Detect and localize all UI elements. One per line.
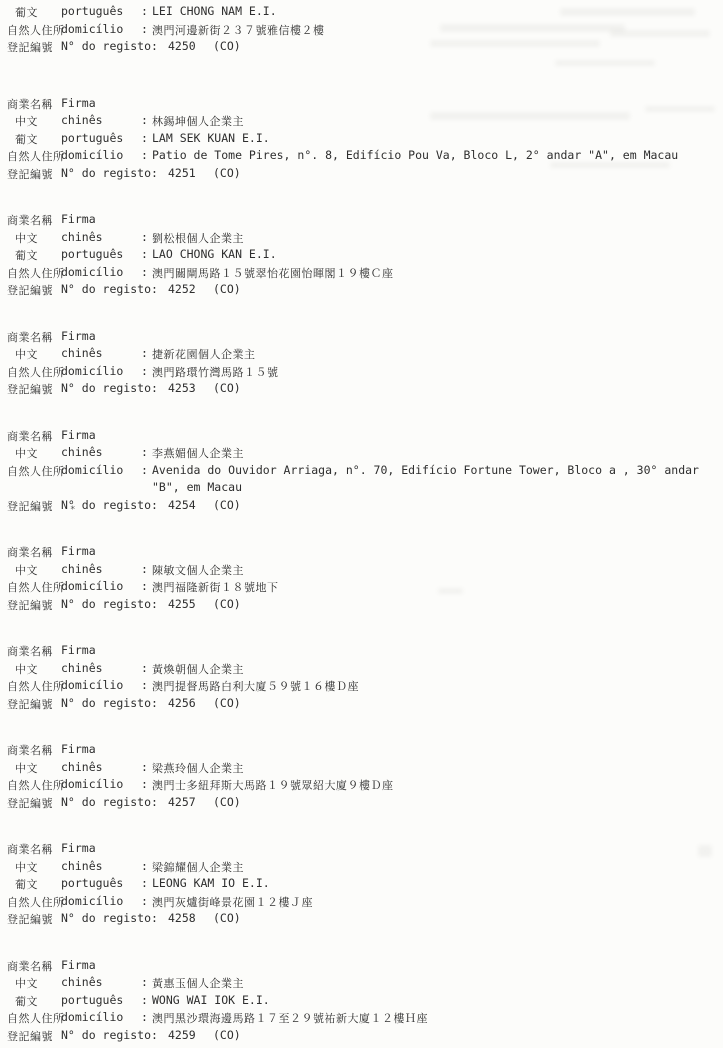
domicile-row: 自然人住所 domicílio : 澳門路環竹灣馬路１５號 [0, 363, 723, 381]
registry-number-value: 4254 [168, 498, 196, 512]
chinese-label-pt: chinês [61, 445, 103, 459]
registry-suffix: (CO) [213, 597, 241, 611]
registry-number-row: 登記編號 N° do registo: 4258 (CO) [0, 910, 723, 928]
firm-label-cn: 商業名稱 [7, 96, 53, 112]
registry-number-row: 登記編號 N° do registo: 4252 (CO) [0, 281, 723, 299]
colon-separator: : [141, 760, 148, 774]
registry-number-value: 4258 [168, 911, 196, 925]
registry-label-cn: 登記編號 [7, 39, 53, 55]
chinese-name-value: 黃惠玉個人企業主 [152, 975, 244, 991]
chinese-label-cn: 中文 [15, 661, 38, 677]
registry-entry: 商業名稱 Firma 中文 chinês : 梁錦耀個人企業主 葡文 portu… [0, 840, 723, 928]
registry-suffix: (CO) [213, 911, 241, 925]
registry-label-cn: 登記編號 [7, 498, 53, 514]
colon-separator: : [141, 4, 148, 18]
chinese-name-row: 中文 chinês : 捷新花園個人企業主 [0, 345, 723, 363]
registry-label-cn: 登記編號 [7, 795, 53, 811]
registry-label-cn: 登記編號 [7, 1028, 53, 1044]
portuguese-name-value: WONG WAI IOK E.I. [152, 993, 270, 1007]
firm-row: 商業名稱 Firma [0, 957, 723, 975]
registry-suffix: (CO) [213, 1028, 241, 1042]
firm-label-cn: 商業名稱 [7, 329, 53, 345]
domicile-value: 澳門黑沙環海邊馬路１７至２９號祐新大廈１２樓Ｈ座 [152, 1010, 428, 1026]
domicile-value: 澳門福隆新街１８號地下 [152, 579, 279, 595]
domicile-label-pt: domicílio [61, 463, 123, 477]
chinese-label-pt: chinês [61, 760, 103, 774]
registry-number-value: 4252 [168, 282, 196, 296]
registry-number-row: 登記編號 N° do registo: 4257 (CO) [0, 794, 723, 812]
colon-separator: : [141, 777, 148, 791]
firm-row: 商業名稱 Firma [0, 840, 723, 858]
chinese-label-cn: 中文 [15, 975, 38, 991]
registry-label-cn: 登記編號 [7, 696, 53, 712]
domicile-value: 澳門河邊新街２３７號雅信樓２樓 [152, 22, 325, 38]
chinese-label-cn: 中文 [15, 760, 38, 776]
firm-label-pt: Firma [61, 212, 96, 226]
registry-label-cn: 登記編號 [7, 597, 53, 613]
chinese-label-pt: chinês [61, 230, 103, 244]
registry-number-row: 登記編號 N° do registo: 4255 (CO) [0, 596, 723, 614]
portuguese-label-cn: 葡文 [15, 876, 38, 892]
chinese-label-pt: chinês [61, 859, 103, 873]
registry-suffix: (CO) [213, 39, 241, 53]
domicile-value: 澳門提督馬路白利大廈５９號１６樓Ｄ座 [152, 678, 359, 694]
registry-entry: 商業名稱 Firma 中文 chinês : 黃惠玉個人企業主 葡文 portu… [0, 957, 723, 1045]
registry-number-row: 登記編號 N° do registo: 4251 (CO) [0, 165, 723, 183]
chinese-name-row: 中文 chinês : 劉松根個人企業主 [0, 229, 723, 247]
portuguese-name-row: 葡文 português : LAO CHONG KAN E.I. [0, 246, 723, 264]
registry-label-pt: N° do registo: [61, 39, 158, 53]
firm-label-pt: Firma [61, 329, 96, 343]
firm-label-pt: Firma [61, 428, 96, 442]
portuguese-label-cn: 葡文 [15, 4, 38, 20]
domicile-row: 自然人住所 domicílio : Avenida do Ouvidor Arr… [0, 462, 723, 480]
domicile-value-line2: "B", em Macau [152, 480, 242, 494]
registry-label-pt: N° do registo: [61, 795, 158, 809]
registry-label-pt: N° do registo: [61, 911, 158, 925]
firm-label-cn: 商業名稱 [7, 212, 53, 228]
colon-separator: : [141, 463, 148, 477]
portuguese-name-row: 葡文 português : WONG WAI IOK E.I. [0, 992, 723, 1010]
chinese-name-value: 捷新花園個人企業主 [152, 346, 256, 362]
registry-label-cn: 登記編號 [7, 911, 53, 927]
domicile-label-pt: domicílio [61, 1010, 123, 1024]
firm-label-pt: Firma [61, 96, 96, 110]
portuguese-label-cn: 葡文 [15, 131, 38, 147]
registry-number-row: 登記編號 N° do registo: 4254 (CO) [0, 497, 723, 515]
domicile-label-cn: 自然人住所 [7, 364, 65, 380]
portuguese-label-pt: português [61, 131, 123, 145]
chinese-label-cn: 中文 [15, 346, 38, 362]
registry-number-row: 登記編號 N° do registo: 4253 (CO) [0, 380, 723, 398]
portuguese-label-cn: 葡文 [15, 247, 38, 263]
colon-separator: : [141, 579, 148, 593]
portuguese-name-value: LEI CHONG NAM E.I. [152, 4, 277, 18]
portuguese-label-pt: português [61, 4, 123, 18]
firm-row: 商業名稱 Firma [0, 741, 723, 759]
registry-label-cn: 登記編號 [7, 282, 53, 298]
firm-label-cn: 商業名稱 [7, 841, 53, 857]
domicile-label-pt: domicílio [61, 265, 123, 279]
registry-suffix: (CO) [213, 381, 241, 395]
registry-label-cn: 登記編號 [7, 166, 53, 182]
colon-separator: : [141, 1010, 148, 1024]
domicile-row: 自然人住所 domicílio : Patio de Tome Pires, n… [0, 147, 723, 165]
colon-separator: : [141, 113, 148, 127]
domicile-row: 自然人住所 domicílio : 澳門灰爐街峰景花園１２樓Ｊ座 [0, 893, 723, 911]
colon-separator: : [141, 265, 148, 279]
portuguese-name-value: LAO CHONG KAN E.I. [152, 247, 277, 261]
registry-number-value: 4251 [168, 166, 196, 180]
registry-entry: 商業名稱 Firma 中文 chinês : 黃煥朝個人企業主 自然人住所 do… [0, 642, 723, 712]
registry-entry: 商業名稱 Firma 中文 chinês : 劉松根個人企業主 葡文 portu… [0, 211, 723, 299]
domicile-value: 澳門關閘馬路１５號翠怡花園怡暉閣１９樓Ｃ座 [152, 265, 394, 281]
domicile-row: 自然人住所 domicílio : 澳門黑沙環海邊馬路１７至２９號祐新大廈１２樓… [0, 1009, 723, 1027]
domicile-label-cn: 自然人住所 [7, 894, 65, 910]
portuguese-name-row: 葡文 português : LEONG KAM IO E.I. [0, 875, 723, 893]
registry-label-pt: N° do registo: [61, 282, 158, 296]
firm-label-pt: Firma [61, 544, 96, 558]
colon-separator: : [141, 148, 148, 162]
chinese-label-pt: chinês [61, 975, 103, 989]
chinese-label-pt: chinês [61, 113, 103, 127]
chinese-label-cn: 中文 [15, 859, 38, 875]
registry-suffix: (CO) [213, 795, 241, 809]
domicile-label-cn: 自然人住所 [7, 579, 65, 595]
registry-number-row: 登記編號 N° do registo: 4256 (CO) [0, 695, 723, 713]
firm-label-cn: 商業名稱 [7, 428, 53, 444]
colon-separator: : [141, 562, 148, 576]
domicile-label-cn: 自然人住所 [7, 265, 65, 281]
colon-separator: : [141, 131, 148, 145]
chinese-name-row: 中文 chinês : 黃惠玉個人企業主 [0, 974, 723, 992]
chinese-label-pt: chinês [61, 346, 103, 360]
chinese-name-row: 中文 chinês : 黃煥朝個人企業主 [0, 660, 723, 678]
domicile-value: Avenida do Ouvidor Arriaga, n°. 70, Edif… [152, 463, 699, 477]
registry-document-page: * 葡文 português : LEI CHONG NAM E.I. 自然人住… [0, 0, 723, 1048]
registry-suffix: (CO) [213, 696, 241, 710]
colon-separator: : [141, 661, 148, 675]
chinese-name-row: 中文 chinês : 李燕媚個人企業主 [0, 444, 723, 462]
domicile-label-pt: domicílio [61, 894, 123, 908]
firm-row: 商業名稱 Firma [0, 95, 723, 113]
chinese-name-value: 林錫坤個人企業主 [152, 113, 244, 129]
portuguese-label-pt: português [61, 247, 123, 261]
colon-separator: : [141, 993, 148, 1007]
registry-number-value: 4256 [168, 696, 196, 710]
firm-row: 商業名稱 Firma [0, 328, 723, 346]
registry-number-value: 4259 [168, 1028, 196, 1042]
portuguese-label-pt: português [61, 993, 123, 1007]
registry-entry: 商業名稱 Firma 中文 chinês : 梁燕玲個人企業主 自然人住所 do… [0, 741, 723, 811]
registry-number-value: 4257 [168, 795, 196, 809]
chinese-name-row: 中文 chinês : 梁錦耀個人企業主 [0, 858, 723, 876]
colon-separator: : [141, 678, 148, 692]
registry-label-pt: N° do registo: [61, 381, 158, 395]
domicile-label-pt: domicílio [61, 678, 123, 692]
chinese-name-row: 中文 chinês : 梁燕玲個人企業主 [0, 759, 723, 777]
registry-suffix: (CO) [213, 166, 241, 180]
registry-entry-partial: 葡文 português : LEI CHONG NAM E.I. 自然人住所 … [0, 3, 723, 56]
colon-separator: : [141, 445, 148, 459]
domicile-row: 自然人住所 domicílio : 澳門士多紐拜斯大馬路１９號眾紹大廈９樓Ｄ座 [0, 776, 723, 794]
domicile-value: 澳門路環竹灣馬路１５號 [152, 364, 279, 380]
chinese-name-value: 劉松根個人企業主 [152, 230, 244, 246]
chinese-name-value: 李燕媚個人企業主 [152, 445, 244, 461]
chinese-label-cn: 中文 [15, 230, 38, 246]
registry-suffix: (CO) [213, 282, 241, 296]
domicile-value: 澳門灰爐街峰景花園１２樓Ｊ座 [152, 894, 313, 910]
portuguese-name-value: LAM SEK KUAN E.I. [152, 131, 270, 145]
registry-label-pt: N° do registo: [61, 597, 158, 611]
chinese-name-value: 梁燕玲個人企業主 [152, 760, 244, 776]
firm-label-cn: 商業名稱 [7, 958, 53, 974]
registry-number-value: 4250 [168, 39, 196, 53]
registry-entry: 商業名稱 Firma 中文 chinês : 陳敏文個人企業主 自然人住所 do… [0, 543, 723, 613]
registry-entry: 商業名稱 Firma 中文 chinês : 林錫坤個人企業主 葡文 portu… [0, 95, 723, 183]
registry-number-row: 登記編號 N° do registo: 4259 (CO) [0, 1027, 723, 1045]
colon-separator: : [141, 247, 148, 261]
domicile-continuation-row: "B", em Macau [0, 479, 723, 497]
colon-separator: : [141, 346, 148, 360]
domicile-value: Patio de Tome Pires, n°. 8, Edifício Pou… [152, 148, 678, 162]
firm-row: 商業名稱 Firma [0, 642, 723, 660]
firm-row: 商業名稱 Firma [0, 543, 723, 561]
portuguese-name-row: 葡文 português : LAM SEK KUAN E.I. [0, 130, 723, 148]
domicile-label-pt: domicílio [61, 148, 123, 162]
chinese-name-value: 梁錦耀個人企業主 [152, 859, 244, 875]
domicile-label-pt: domicílio [61, 579, 123, 593]
firm-label-pt: Firma [61, 742, 96, 756]
registry-number-value: 4255 [168, 597, 196, 611]
domicile-label-pt: domicílio [61, 364, 123, 378]
domicile-label-cn: 自然人住所 [7, 678, 65, 694]
portuguese-name-row: 葡文 português : LEI CHONG NAM E.I. [0, 3, 723, 21]
chinese-label-cn: 中文 [15, 562, 38, 578]
registry-number-value: 4253 [168, 381, 196, 395]
registry-number-row: 登記編號 N° do registo: 4250 (CO) [0, 38, 723, 56]
domicile-row: 自然人住所 domicílio : 澳門福隆新街１８號地下 [0, 578, 723, 596]
domicile-value: 澳門士多紐拜斯大馬路１９號眾紹大廈９樓Ｄ座 [152, 777, 394, 793]
firm-row: 商業名稱 Firma [0, 211, 723, 229]
colon-separator: : [141, 230, 148, 244]
colon-separator: : [141, 894, 148, 908]
domicile-label-pt: domicílio [61, 777, 123, 791]
colon-separator: : [141, 975, 148, 989]
domicile-label-cn: 自然人住所 [7, 463, 65, 479]
domicile-label-cn: 自然人住所 [7, 148, 65, 164]
firm-label-pt: Firma [61, 841, 96, 855]
portuguese-label-pt: português [61, 876, 123, 890]
registry-entry: 商業名稱 Firma 中文 chinês : 捷新花園個人企業主 自然人住所 d… [0, 328, 723, 398]
registry-label-pt: N° do registo: [61, 498, 158, 512]
chinese-label-cn: 中文 [15, 445, 38, 461]
firm-label-pt: Firma [61, 643, 96, 657]
firm-label-cn: 商業名稱 [7, 742, 53, 758]
chinese-name-value: 陳敏文個人企業主 [152, 562, 244, 578]
firm-label-cn: 商業名稱 [7, 643, 53, 659]
chinese-name-value: 黃煥朝個人企業主 [152, 661, 244, 677]
domicile-row: 自然人住所 domicílio : 澳門關閘馬路１５號翠怡花園怡暉閣１９樓Ｃ座 [0, 264, 723, 282]
registry-label-pt: N° do registo: [61, 166, 158, 180]
colon-separator: : [141, 876, 148, 890]
firm-label-pt: Firma [61, 958, 96, 972]
registry-label-cn: 登記編號 [7, 381, 53, 397]
registry-label-pt: N° do registo: [61, 696, 158, 710]
scan-noise [555, 60, 655, 66]
registry-label-pt: N° do registo: [61, 1028, 158, 1042]
firm-label-cn: 商業名稱 [7, 544, 53, 560]
colon-separator: : [141, 859, 148, 873]
domicile-label-cn: 自然人住所 [7, 777, 65, 793]
domicile-label-cn: 自然人住所 [7, 1010, 65, 1026]
colon-separator: : [141, 22, 148, 36]
chinese-label-cn: 中文 [15, 113, 38, 129]
firm-row: 商業名稱 Firma [0, 427, 723, 445]
domicile-row: 自然人住所 domicílio : 澳門提督馬路白利大廈５９號１６樓Ｄ座 [0, 677, 723, 695]
chinese-label-pt: chinês [61, 562, 103, 576]
domicile-label-pt: domicílio [61, 22, 123, 36]
registry-suffix: (CO) [213, 498, 241, 512]
chinese-name-row: 中文 chinês : 林錫坤個人企業主 [0, 112, 723, 130]
domicile-row: 自然人住所 domicílio : 澳門河邊新街２３７號雅信樓２樓 [0, 21, 723, 39]
portuguese-label-cn: 葡文 [15, 993, 38, 1009]
chinese-name-row: 中文 chinês : 陳敏文個人企業主 [0, 561, 723, 579]
domicile-label-cn: 自然人住所 [7, 22, 65, 38]
chinese-label-pt: chinês [61, 661, 103, 675]
portuguese-name-value: LEONG KAM IO E.I. [152, 876, 270, 890]
registry-entry: 商業名稱 Firma 中文 chinês : 李燕媚個人企業主 自然人住所 do… [0, 427, 723, 515]
colon-separator: : [141, 364, 148, 378]
